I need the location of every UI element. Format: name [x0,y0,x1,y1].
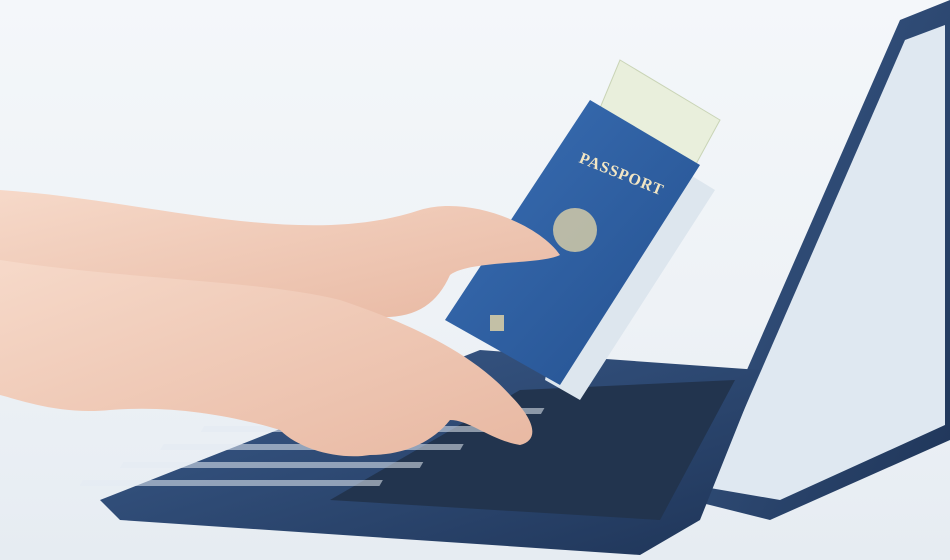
scene-illustration [0,0,950,560]
photo-scene: PASSPORT [0,0,950,560]
chip-icon [490,315,504,331]
eagle-seal-icon [553,208,597,252]
